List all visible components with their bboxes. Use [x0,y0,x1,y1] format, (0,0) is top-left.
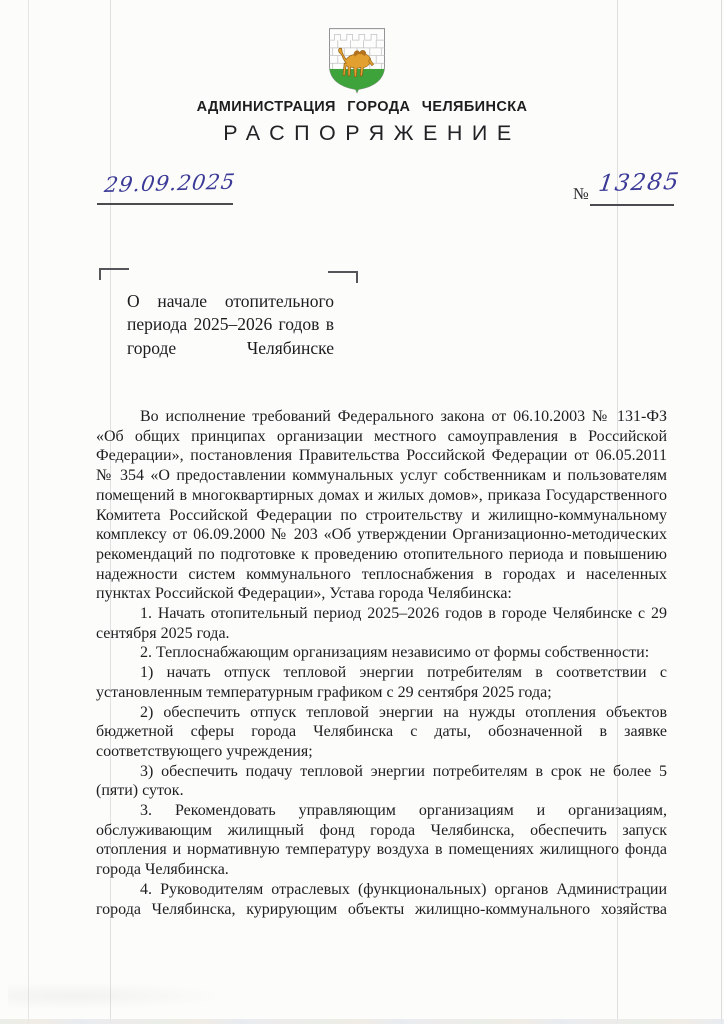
document-type-heading: РАСПОРЯЖЕНИЕ [10,121,724,146]
body-text: Во исполнение требований Федерального за… [96,407,667,919]
scan-smudge [8,982,228,1010]
handwritten-document-number: 13285 [597,169,681,197]
body-paragraph: 4. Руководителям отраслевых (функциональ… [96,880,667,919]
number-sign-label: № [573,184,589,204]
organization-name: АДМИНИСТРАЦИЯ ГОРОДА ЧЕЛЯБИНСКА [0,99,724,115]
body-paragraph: 2) обеспечить отпуск тепловой энергии на… [96,703,667,762]
body-paragraph: 1) начать отпуск тепловой энергии потреб… [96,663,667,702]
green-ground [329,69,384,94]
date-underline [97,203,233,205]
body-paragraph: 3. Рекомендовать управляющим организация… [96,801,667,880]
title-crop-mark-right [328,271,358,283]
chelyabinsk-coat-of-arms [325,26,389,94]
body-paragraph: 2. Теплоснабжающим организациям независи… [96,643,667,663]
handwritten-date: 29.09.2025 [103,170,237,197]
body-paragraph: 1. Начать отопительный период 2025–2026 … [96,604,667,643]
document-title: О начале отопительного периода 2025–2026… [127,290,334,360]
scan-fold-line [721,0,722,1024]
number-underline [590,204,674,206]
scan-edge-artifact [0,1019,724,1024]
scanned-document-page: АДМИНИСТРАЦИЯ ГОРОДА ЧЕЛЯБИНСКА РАСПОРЯЖ… [0,0,724,1024]
body-paragraph: Во исполнение требований Федерального за… [96,407,667,604]
body-paragraph: 3) обеспечить подачу тепловой энергии по… [96,762,667,801]
title-crop-mark-left [99,268,129,280]
scan-fold-line [28,0,29,1024]
